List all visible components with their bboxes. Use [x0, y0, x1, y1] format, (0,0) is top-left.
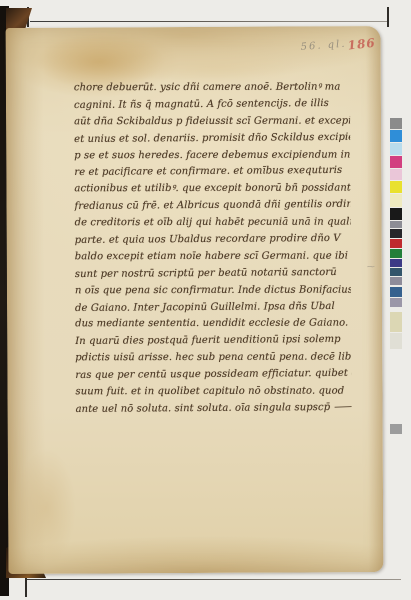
text-line: pdictis uisū arisse. hec sub pena centū … — [75, 350, 351, 368]
color-patch-pale-blue — [390, 143, 402, 155]
text-line: ras que per centū usque possideam effici… — [75, 366, 351, 385]
text-line: parte. et quia uos Ubaldus recordare pro… — [75, 231, 351, 250]
line-filler-flourish — [334, 404, 351, 408]
color-patch-yellow — [390, 181, 402, 193]
manuscript-photo: 56. ql. 186 ⁓ chore debuerūt. ysic dñi c… — [0, 0, 411, 600]
color-patch-gray-3 — [390, 277, 402, 285]
text-block: chore debuerūt. ysic dñi camere anoē. Be… — [74, 79, 352, 418]
ruler-tick-bottom-left — [25, 575, 27, 597]
text-line: ante uel nō soluta. sint soluta. oīa sin… — [76, 400, 352, 419]
ruler-line-top — [30, 21, 388, 22]
folio-number: 186 — [347, 36, 376, 53]
color-patch-blue — [390, 130, 402, 142]
color-patch-indigo — [390, 259, 402, 267]
pencil-annotation: 56. ql. — [300, 39, 347, 53]
text-line: actionibus et utilibꝰ. que excepit bonor… — [74, 181, 350, 199]
text-line: dus mediante sententia. uendidit ecclesi… — [75, 316, 351, 334]
text-line: cagnini. It ñs q̄ magnatū. A fcō sentenc… — [74, 96, 350, 115]
text-line: sunt per nostrū scriptū per beatū notari… — [75, 265, 351, 284]
text-line: et unius et sol. denariis. promisit dño … — [74, 129, 350, 148]
color-patch-red — [390, 239, 402, 248]
color-calibration-strip — [390, 0, 402, 600]
color-patch-black — [390, 208, 402, 220]
text-line: re et pacificare et confirmare. et omību… — [74, 163, 350, 182]
color-patch-beige — [390, 312, 402, 332]
color-patch-green — [390, 249, 402, 258]
color-patch-pale-yellow — [390, 194, 402, 207]
color-patch-pale-gray — [390, 333, 402, 349]
text-line-last: ante uel nō soluta. sint soluta. oīa sin… — [76, 402, 331, 415]
parchment-stain — [16, 448, 77, 568]
color-patch-dark-slate — [390, 268, 402, 276]
color-patch-gray — [390, 118, 402, 129]
ruler-tick-top-right — [387, 7, 389, 27]
marginal-pencil-mark: ⁓ — [367, 262, 375, 271]
text-line: de Gaiano. Inter Jacopinū Guillelmi. Ips… — [75, 298, 351, 317]
text-line: suum fuit. et in quolibet capitulo nō ob… — [75, 384, 351, 402]
color-patch-gray-4 — [390, 424, 402, 434]
text-line: aūt dña Sckibaldus p fideiussit scī Germ… — [74, 113, 350, 131]
text-line: n oīs que pena sic confirmatur. Inde dic… — [75, 282, 351, 300]
parchment-page: 56. ql. 186 ⁓ chore debuerūt. ysic dñi c… — [6, 26, 384, 574]
color-patch-black-2 — [390, 229, 402, 238]
color-patch-pink — [390, 169, 402, 180]
text-line: de creditoris et oīb alij qui habēt pecu… — [75, 215, 351, 233]
text-line: In quarū dies postquā fuerit uenditionū … — [75, 332, 351, 351]
text-line: fredianus cū frē. et Albricus quondā dñi… — [74, 197, 350, 216]
color-patch-magenta — [390, 156, 402, 168]
color-patch-steel-blue — [390, 287, 402, 297]
text-line: p se et suos heredes. facere debemus exc… — [74, 147, 350, 165]
ruler-line-bottom — [25, 579, 401, 580]
color-patch-gray-2 — [390, 221, 402, 228]
text-line: baldo excepit etiam noīe habere scī Germ… — [75, 248, 351, 266]
color-patch-lavender-gray — [390, 298, 402, 307]
text-line: chore debuerūt. ysic dñi camere anoē. Be… — [74, 80, 350, 98]
